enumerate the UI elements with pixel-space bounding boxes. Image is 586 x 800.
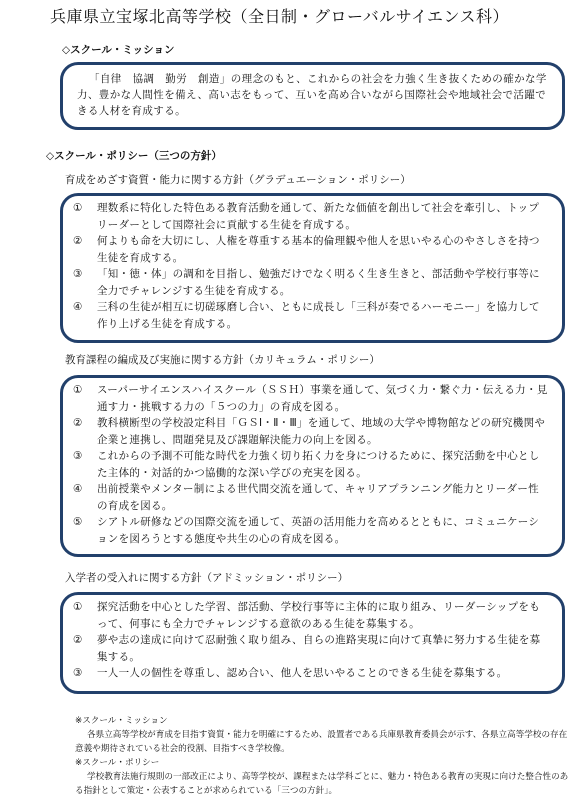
list-item: ②教科横断型の学校設定科目「ＧＳⅠ・Ⅱ・Ⅲ」を通して、地域の大学や博物館などの研… (73, 415, 548, 448)
curriculum-policy-box: ①スーパーサイエンスハイスクール（ＳＳＨ）事業を通して、気づく力・繋ぐ力・伝える… (60, 375, 565, 557)
mission-text: 「自律 協調 勤労 創造」の理念のもと、これからの社会を力強く生き抜くための確か… (63, 65, 562, 119)
list-item: ③「知・徳・体」の調和を目指し、勉強だけでなく明るく生き生きと、部活動や学校行事… (73, 266, 548, 299)
note-policy-heading: ※スクール・ポリシー (75, 756, 575, 770)
note-policy-text: 学校教育法施行規則の一部改正により、高等学校が、課程または学科ごとに、魅力・特色… (75, 770, 575, 798)
list-item: ③これからの予測不可能な時代を力強く切り拓く力を身につけるために、探究活動を中心… (73, 448, 548, 481)
graduation-policy-box: ①理数系に特化した特色ある教育活動を通して、新たな価値を創出して社会を牽引し、ト… (60, 193, 565, 343)
admission-policy-box: ①探究活動を中心とした学習、部活動、学校行事等に主体的に取り組み、リーダーシップ… (60, 592, 565, 694)
list-item: ②夢や志の達成に向けて忍耐強く取り組み、自らの進路実現に向けて真摯に努力する生徒… (73, 632, 548, 665)
list-item: ④出前授業やメンター制による世代間交流を通して、キャリアプランニング能力とリーダ… (73, 481, 548, 514)
list-item: ①スーパーサイエンスハイスクール（ＳＳＨ）事業を通して、気づく力・繋ぐ力・伝える… (73, 382, 548, 415)
curriculum-policy-heading: 教育課程の編成及び実施に関する方針（カリキュラム・ポリシー） (65, 352, 380, 367)
list-item: ③一人一人の個性を尊重し、認め合い、他人を思いやることのできる生徒を募集する。 (73, 665, 548, 682)
note-mission-text: 各県立高等学校が育成を目指す資質・能力を明確にするため、設置者である兵庫県教育委… (75, 728, 575, 756)
note-mission-heading: ※スクール・ミッション (75, 714, 575, 728)
footnotes: ※スクール・ミッション 各県立高等学校が育成を目指す資質・能力を明確にするため、… (75, 714, 575, 798)
mission-box: 「自律 協調 勤労 創造」の理念のもと、これからの社会を力強く生き抜くための確か… (60, 62, 565, 130)
list-item: ①理数系に特化した特色ある教育活動を通して、新たな価値を創出して社会を牽引し、ト… (73, 200, 548, 233)
list-item: ④三科の生徒が相互に切磋琢磨し合い、ともに成長し「三科が奏でるハーモニー」を協力… (73, 299, 548, 332)
page-title: 兵庫県立宝塚北高等学校（全日制・グローバルサイエンス科） (50, 4, 550, 27)
admission-policy-heading: 入学者の受入れに関する方針（アドミッション・ポリシー） (65, 570, 348, 585)
list-item: ②何よりも命を大切にし、人権を尊重する基本的倫理観や他人を思いやる心のやさしさを… (73, 233, 548, 266)
list-item: ⑤シアトル研修などの国際交流を通して、英語の活用能力を高めるとともに、コミュニケ… (73, 514, 548, 547)
policy-heading: ◇スクール・ポリシー（三つの方針） (46, 148, 222, 163)
mission-heading: ◇スクール・ミッション (62, 42, 174, 57)
graduation-policy-heading: 育成をめざす資質・能力に関する方針（グラデュエーション・ポリシー） (65, 172, 411, 187)
list-item: ①探究活動を中心とした学習、部活動、学校行事等に主体的に取り組み、リーダーシップ… (73, 599, 548, 632)
